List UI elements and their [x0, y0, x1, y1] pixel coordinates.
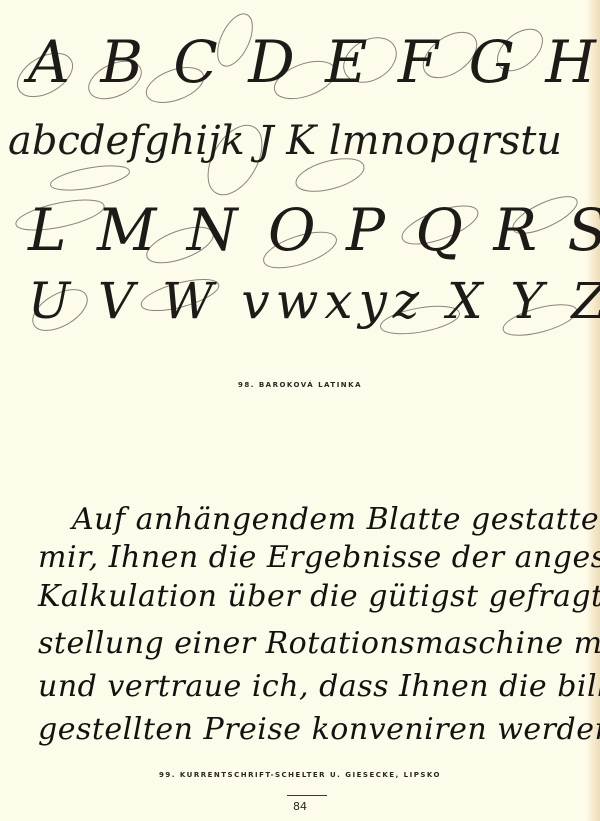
sample-line-4: stellung einer Rotationsmaschine mitzute… [38, 626, 600, 661]
page-number: 84 [0, 800, 600, 813]
sample-line-3: Kalkulation über die gütigst gefragte Au… [38, 579, 600, 614]
plate-99-caption: 99. KURRENTSCHRIFT-SCHELTER U. GIESECKE,… [0, 771, 600, 779]
alphabet-row-2: abcdefghijk J K lmnopqrstu [8, 118, 562, 164]
sample-line-1: Auf anhängendem Blatte gestatte ich [72, 502, 600, 537]
alphabet-row-4: U V W vwxyz X Y Z [28, 272, 600, 330]
plate-98-caption: 98. BAROKOVÁ LATINKA [0, 381, 600, 389]
sample-line-2: mir, Ihnen die Ergebnisse der angestellt… [38, 540, 600, 575]
page-number-rule [287, 795, 327, 796]
alphabet-row-3: L M N O P Q R S T [28, 196, 600, 264]
sample-line-6: gestellten Preise konveniren werden. [38, 712, 600, 747]
sample-line-5: und vertraue ich, dass Ihnen die billigs… [38, 669, 600, 704]
alphabet-row-1: A B C D E F G H I [28, 28, 600, 96]
